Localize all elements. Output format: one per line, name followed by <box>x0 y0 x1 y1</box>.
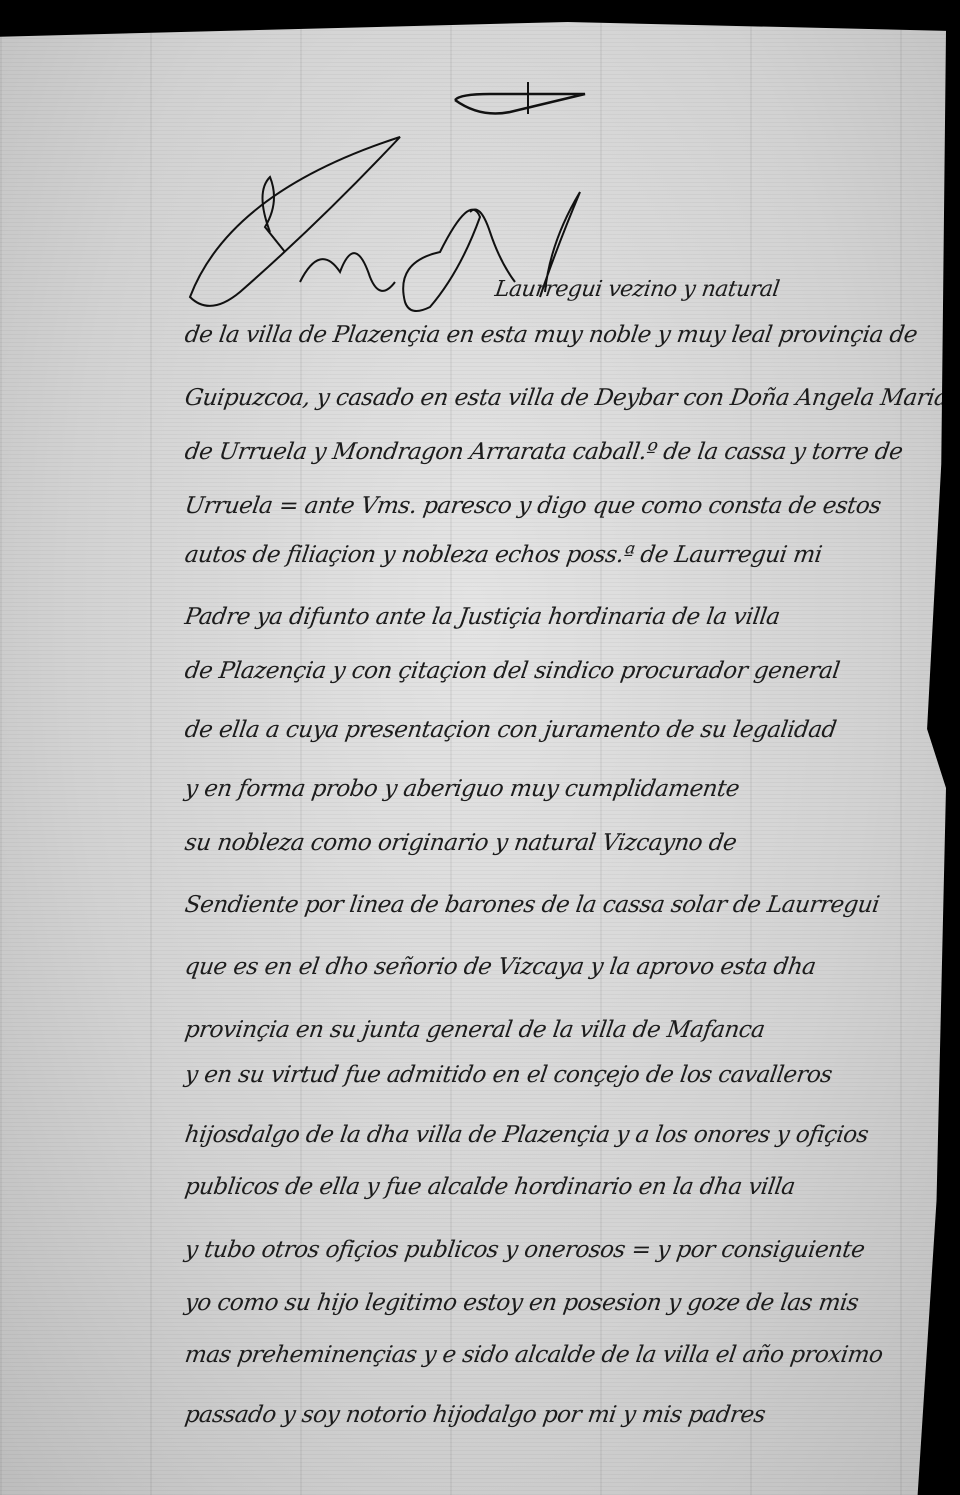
manuscript-line: de Plazençia y con çitaçion del sindico … <box>183 658 841 684</box>
manuscript-line: hijosdalgo de la dha villa de Plazençia … <box>183 1122 870 1148</box>
manuscript-line: autos de filiaçion y nobleza echos poss.… <box>183 542 823 568</box>
manuscript-line: publicos de ella y fue alcalde hordinari… <box>183 1174 796 1200</box>
manuscript-line: passado y soy notorio hijodalgo por mi y… <box>183 1402 767 1428</box>
manuscript-line: Sendiente por linea de barones de la cas… <box>183 892 881 918</box>
manuscript-line: de ella a cuya presentaçion con jurament… <box>183 717 838 743</box>
manuscript-line: y en forma probo y aberiguo muy cumplida… <box>183 776 741 802</box>
manuscript-page: Laurregui vezino y natural de la villa d… <box>0 22 946 1495</box>
manuscript-line: Guipuzcoa, y casado en esta villa de Dey… <box>183 385 949 411</box>
manuscript-line: que es en el dho señorio de Vizcaya y la… <box>183 954 817 980</box>
cross-mark-icon <box>450 82 590 122</box>
manuscript-line: y tubo otros ofiçios publicos y onerosos… <box>183 1237 866 1263</box>
manuscript-line: y en su virtud fue admitido en el conçej… <box>183 1062 833 1088</box>
manuscript-line: Urruela = ante Vms. paresco y digo que c… <box>183 493 882 519</box>
manuscript-line: su nobleza como originario y natural Viz… <box>183 830 738 856</box>
manuscript-line: mas preheminençias y e sido alcalde de l… <box>183 1342 884 1368</box>
manuscript-line: de la villa de Plazençia en esta muy nob… <box>183 322 919 348</box>
manuscript-line: de Urruela y Mondragon Arrarata caball.º… <box>183 439 904 465</box>
manuscript-line: yo como su hijo legitimo estoy en posesi… <box>183 1290 860 1316</box>
heading-text: Laurregui vezino y natural <box>493 277 781 302</box>
manuscript-line: Padre ya difunto ante la Justiçia hordin… <box>183 604 781 630</box>
manuscript-line: provinçia en su junta general de la vill… <box>183 1017 766 1043</box>
